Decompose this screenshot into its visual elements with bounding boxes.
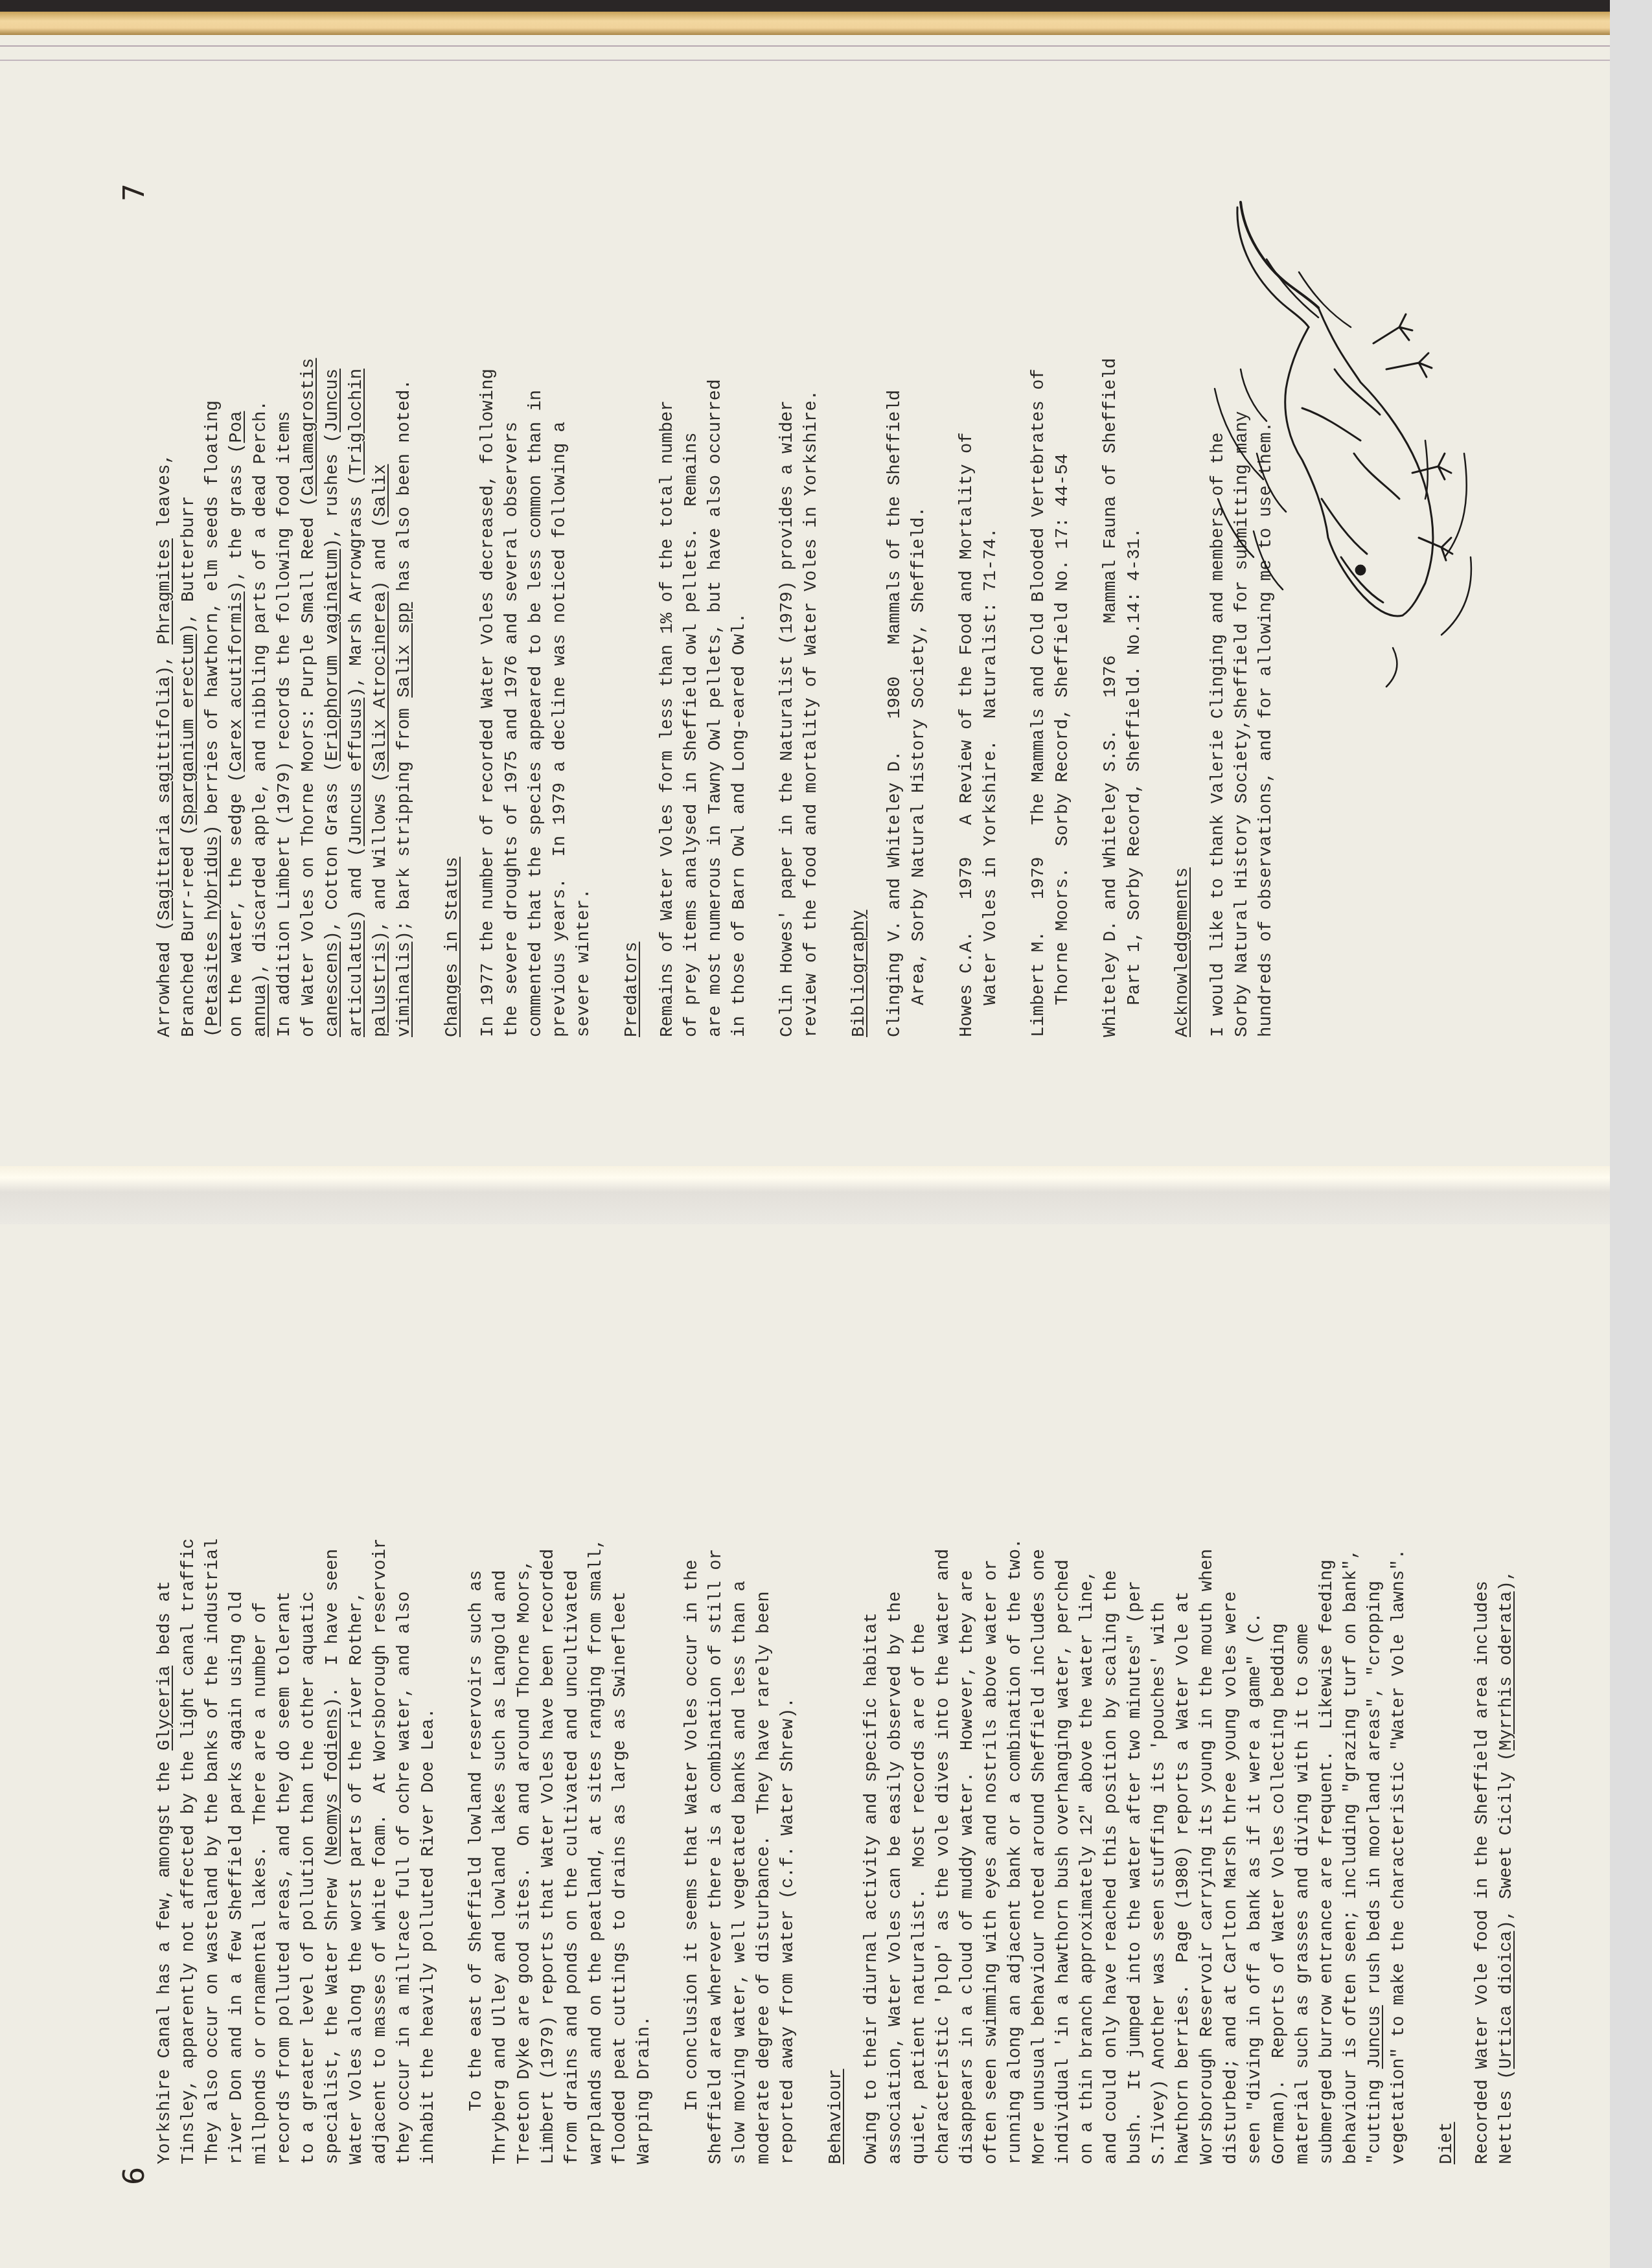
text-run: Thryberg and Ulley and lowland lakes suc… [490, 1570, 511, 2164]
text-line: reported away from water (c.f. Water Shr… [776, 1539, 800, 2164]
text-run: on the water, the sedge ( [227, 772, 247, 1037]
text-line: They also occur on wasteland by the bank… [201, 1539, 225, 2164]
text-run: ), [1497, 1570, 1517, 1592]
text-line: Remains of Water Voles form less than 1%… [656, 358, 680, 1037]
text-line: material such as grasses and diving with… [1291, 1539, 1315, 2164]
text-run: quiet, patient naturalist. Most records … [910, 1623, 930, 2164]
text-line: from drains and ponds on the cultivated … [560, 1539, 584, 2164]
text-run: ), Butterburr [179, 496, 199, 634]
text-line: submerged burrow entrance are frequent. … [1315, 1539, 1339, 2164]
text-run: Treeton Dyke are good sites. On and arou… [514, 1559, 534, 2164]
text-run: flooded peat cuttings to drains as large… [610, 1591, 630, 2164]
text-run: In conclusion it seems that Water Voles … [682, 1559, 702, 2164]
text-run: S.Tivey) Another was seen stuffing its '… [1149, 1602, 1169, 2164]
text-run: ) berries of hawthorn, elm seeds floatin… [203, 400, 223, 836]
text-run: Tinsley, apparently not affected by the … [179, 1539, 199, 2164]
text-line: behaviour is often seen; including "graz… [1339, 1539, 1363, 2164]
text-line: In addition Limbert (1979) records the f… [273, 358, 297, 1037]
text-run: Gorman). Reports of Water Voles collecti… [1269, 1623, 1289, 2164]
text-run: Owing to their diurnal activity and spec… [862, 1612, 882, 2164]
spacer [823, 358, 847, 1037]
text-run: often seen swimming with eyes and nostri… [981, 1559, 1002, 2164]
text-run: individual 'in a hawthorn bush overhangi… [1053, 1559, 1073, 2164]
bibliography-entry-cont: Area, Sorby Natural History Society, She… [907, 358, 931, 1037]
text-line: S.Tivey) Another was seen stuffing its '… [1147, 1539, 1171, 2164]
text-run: river Don and in a few Sheffield parks a… [227, 1591, 247, 2164]
species-name: Neomys fodiens [323, 1708, 343, 1857]
text-run: hawthorn berries. Page (1980) reports a … [1173, 1591, 1193, 2164]
text-run: bush. It jumped into the water after two… [1125, 1581, 1145, 2164]
text-line: disappears in a cloud of muddy water. Ho… [956, 1539, 980, 2164]
text-line: are most numerous in Tawny Owl pellets, … [704, 358, 728, 1037]
text-run: ), Cotton Grass ( [323, 761, 343, 941]
text-run: seen "diving in off a bank as if it were… [1245, 1612, 1265, 2164]
text-run: ); bark stripping from [395, 698, 415, 942]
text-run: submerged burrow entrance are frequent. … [1317, 1559, 1337, 2164]
text-run: leaves, [155, 453, 175, 538]
spacer [441, 1539, 465, 2164]
species-name: Juncus effusus [347, 698, 367, 846]
section-heading: Bibliography [849, 910, 869, 1037]
text-line: quiet, patient naturalist. Most records … [908, 1539, 932, 2164]
text-run: In addition Limbert (1979) records the f… [275, 411, 295, 1037]
text-line: Treeton Dyke are good sites. On and arou… [512, 1539, 536, 2164]
text-line: To the east of Sheffield lowland reservo… [465, 1539, 488, 2164]
text-line: Yorkshire Canal has a few, amongst the G… [153, 1539, 177, 2164]
text-line: Colin Howes' paper in the Naturalist (19… [775, 358, 799, 1037]
text-run: More unusual behaviour noted around Shef… [1029, 1549, 1050, 2164]
text-run: association, Water Voles can be easily o… [886, 1591, 906, 2164]
spacer [1075, 358, 1099, 1037]
text-line: Sheffield area wherever there is a combi… [704, 1539, 728, 2164]
text-line: Owing to their diurnal activity and spec… [860, 1539, 884, 2164]
text-run: warplands and on the peatland, at sites … [586, 1539, 606, 2164]
species-name: Juncus [323, 369, 343, 432]
text-run: ). I have seen [323, 1549, 343, 1708]
text-run: specialist, the Water Shrew ( [323, 1857, 343, 2164]
text-line: running along an adjacent bank or a comb… [1004, 1539, 1027, 2164]
spacer [1003, 358, 1027, 1037]
species-name: Phragmites [155, 538, 175, 645]
text-run: in those of Barn Owl and Long-eared Owl. [729, 613, 750, 1037]
species-name: Petasites hybridus [203, 836, 223, 1027]
text-line: review of the food and mortality of Wate… [799, 358, 823, 1037]
text-run: moderate degree of disturbance. They hav… [754, 1591, 774, 2164]
text-run: adjacent to masses of white foam. At Wor… [371, 1539, 391, 2164]
text-run: Water Voles along the worst parts of the… [347, 1591, 367, 2164]
species-name: Salix Atrocinerea [371, 591, 391, 772]
text-run: records from polluted areas, and they do… [275, 1591, 295, 2164]
spacer [596, 358, 620, 1037]
text-line: warplands and on the peatland, at sites … [584, 1539, 608, 2164]
text-run: they occur in a millrace full of ochre w… [395, 1591, 415, 2164]
text-line: vegetation" to make the characteristic "… [1387, 1539, 1411, 2164]
text-run: Warping Drain. [634, 2016, 654, 2164]
text-run: Branched Burr-reed ( [179, 825, 199, 1037]
species-name: annua [251, 984, 271, 1037]
spacer [848, 1539, 860, 2164]
text-line: association, Water Voles can be easily o… [884, 1539, 908, 2164]
text-run: has also been noted. [395, 379, 415, 602]
text-run: Yorkshire Canal has a few, amongst the [155, 1750, 175, 2164]
text-line: In 1977 the number of recorded Water Vol… [476, 358, 500, 1037]
text-run: In 1977 the number of recorded Water Vol… [478, 369, 498, 1037]
text-line: specialist, the Water Shrew (Neomys fodi… [321, 1539, 345, 2164]
species-name: Glyceria [155, 1666, 175, 1750]
text-line: of Water Voles on Thorne Moors: Purple S… [297, 358, 321, 1037]
text-line: Tinsley, apparently not affected by the … [177, 1539, 201, 2164]
text-run: ) and ( [347, 846, 367, 921]
text-run: disappears in a cloud of muddy water. Ho… [958, 1570, 978, 2164]
text-run: and could only have reached this positio… [1101, 1570, 1121, 2164]
text-line: commented that the species appeared to b… [524, 358, 548, 1037]
text-run: Colin Howes' paper in the Naturalist (19… [777, 400, 797, 1037]
text-line: moderate degree of disturbance. They hav… [752, 1539, 776, 2164]
text-run: Remains of Water Voles form less than 1%… [658, 400, 678, 1037]
species-name: Carex acutiformis [227, 591, 247, 772]
text-line: disturbed; and at Carlton Marsh three yo… [1219, 1539, 1243, 2164]
text-line: characteristic 'plop' as the vole dives … [932, 1539, 956, 2164]
spacer [644, 358, 656, 1037]
text-run: rush beds in moorland areas", "cropping [1365, 1581, 1385, 2005]
text-run: ), discarded apple, and nibbling parts o… [251, 400, 271, 984]
text-run: from drains and ponds on the cultivated … [562, 1570, 582, 2164]
text-run: Sheffield area wherever there is a combi… [706, 1549, 726, 2164]
text-run: to a greater level of pollution than the… [299, 1591, 319, 2164]
text-run: review of the food and mortality of Wate… [801, 390, 821, 1037]
section-heading: Diet [1437, 2122, 1457, 2164]
text-line: on a thin branch approximately 12" above… [1075, 1539, 1099, 2164]
text-run: behaviour is often seen; including "graz… [1341, 1549, 1361, 2164]
text-line: on the water, the sedge (Carex acutiform… [225, 358, 249, 1037]
text-run: Limbert (1979) reports that Water Voles … [538, 1549, 558, 2164]
bibliography-entry-cont: Thorne Moors. Sorby Record, Sheffield No… [1051, 358, 1075, 1037]
text-run: severe winter. [574, 889, 594, 1037]
species-name: viminalis [395, 942, 415, 1037]
section-heading: Predators [622, 942, 642, 1037]
species-name: Salix [371, 464, 391, 517]
section-heading: Behaviour [826, 2069, 846, 2164]
text-line: canescens), Cotton Grass (Eriophorum vag… [321, 358, 345, 1037]
species-name: Triglochin [347, 369, 367, 475]
bibliography-entry: Whiteley D. and Whiteley S.S. 1976 Mamma… [1099, 358, 1123, 1037]
text-run: of Water Voles on Thorne Moors: Purple S… [299, 496, 319, 1037]
text-run: inhabit the heavily polluted River Doe L… [419, 1708, 439, 2164]
text-line: Arrowhead (Sagittaria sagittifolia), Phr… [153, 358, 177, 1037]
text-run: They also occur on wasteland by the bank… [203, 1539, 223, 2164]
text-run: ), [155, 645, 175, 676]
section-heading: Changes in Status [442, 857, 463, 1037]
text-line: Gorman). Reports of Water Voles collecti… [1267, 1539, 1291, 2164]
text-line: severe winter. [572, 358, 596, 1037]
text-line: "cutting Juncus rush beds in moorland ar… [1363, 1539, 1387, 2164]
text-run: material such as grasses and diving with… [1293, 1623, 1313, 2164]
spacer [1459, 1539, 1471, 2164]
text-run: Nettles ( [1497, 2069, 1517, 2164]
text-run: are most numerous in Tawny Owl pellets, … [706, 379, 726, 1037]
water-vole-illustration [1205, 194, 1516, 881]
text-line: and could only have reached this positio… [1099, 1539, 1123, 2164]
text-line: slow moving water, well vegetated banks … [728, 1539, 752, 2164]
species-name: Salix spp [395, 602, 415, 697]
species-name: Calamagrostis [299, 358, 319, 496]
text-line: articulatus) and (Juncus effusus), Marsh… [345, 358, 369, 1037]
text-line: hawthorn berries. Page (1980) reports a … [1171, 1539, 1195, 2164]
text-line: annua), discarded apple, and nibbling pa… [249, 358, 273, 1037]
bibliography-entry: Limbert M. 1979 The Mammals and Cold Blo… [1027, 358, 1051, 1037]
text-line: river Don and in a few Sheffield parks a… [225, 1539, 249, 2164]
bibliography-entry: Howes C.A. 1979 A Review of the Food and… [955, 358, 979, 1037]
text-run: of prey items analysed in Sheffield owl … [682, 432, 702, 1037]
text-run: commented that the species appeared to b… [526, 390, 546, 1037]
text-line: to a greater level of pollution than the… [297, 1539, 321, 2164]
species-name: articulatus [347, 921, 367, 1037]
text-line: individual 'in a hawthorn bush overhangi… [1051, 1539, 1075, 2164]
page-number-right: 7 [118, 183, 151, 201]
text-line: Warping Drain. [632, 1539, 656, 2164]
text-line: Worsborough Reservoir carrying its young… [1195, 1539, 1219, 2164]
text-run: ( [203, 1027, 223, 1037]
text-line: often seen swimming with eyes and nostri… [980, 1539, 1004, 2164]
text-line: bush. It jumped into the water after two… [1123, 1539, 1147, 2164]
text-line: (Petasites hybridus) berries of hawthorn… [201, 358, 225, 1037]
spacer [656, 1539, 680, 2164]
bibliography-entry: Clinging V. and Whiteley D. 1980 Mammals… [883, 358, 907, 1037]
spacer [465, 358, 476, 1037]
text-run: To the east of Sheffield lowland reservo… [466, 1570, 487, 2164]
text-line: the severe droughts of 1975 and 1976 and… [500, 358, 524, 1037]
text-line: palustris), and Willows (Salix Atrociner… [369, 358, 393, 1037]
species-name: Poa [227, 411, 247, 442]
section-heading: Acknowledgements [1173, 867, 1193, 1037]
text-run: millponds or ornamental lakes. There are… [251, 1602, 271, 2164]
text-line: of prey items analysed in Sheffield owl … [680, 358, 704, 1037]
text-run: reported away from water (c.f. Water Shr… [778, 1697, 798, 2164]
text-run: ), rushes ( [323, 432, 343, 549]
page-left-body: Yorkshire Canal has a few, amongst the G… [153, 1539, 1519, 2164]
text-run: ), and Willows ( [371, 772, 391, 941]
text-run: ), Marsh Arrowgrass ( [347, 475, 367, 698]
spacer [1411, 1539, 1435, 2164]
text-run: "cutting [1365, 2069, 1385, 2164]
text-run: on a thin branch approximately 12" above… [1077, 1570, 1097, 2164]
text-line: Nettles (Urtica dioica), Sweet Cicily (M… [1495, 1539, 1519, 2164]
text-line: Thryberg and Ulley and lowland lakes suc… [488, 1539, 512, 2164]
page-number-left: 6 [118, 2167, 151, 2185]
species-name: Urtica dioica [1497, 1931, 1517, 2069]
species-name: palustris [371, 942, 391, 1037]
text-run: ), the grass ( [227, 443, 247, 591]
text-line: in those of Barn Owl and Long-eared Owl. [728, 358, 751, 1037]
text-line: they occur in a millrace full of ochre w… [393, 1539, 417, 2164]
text-run: running along an adjacent bank or a comb… [1005, 1539, 1026, 2164]
text-run: ) and ( [371, 517, 391, 591]
text-line: More unusual behaviour noted around Shef… [1027, 1539, 1051, 2164]
page-right-body: Arrowhead (Sagittaria sagittifolia), Phr… [153, 358, 1278, 1037]
bibliography-entry-cont: Part 1, Sorby Record, Sheffield. No.14: … [1123, 358, 1147, 1037]
species-name: Juncus [1365, 2005, 1385, 2068]
text-run: the severe droughts of 1975 and 1976 and… [502, 422, 522, 1037]
text-line: seen "diving in off a bank as if it were… [1243, 1539, 1267, 2164]
species-name: Eriophorum vaginatum [323, 549, 343, 761]
spacer [931, 358, 955, 1037]
spacer [751, 358, 775, 1037]
text-line: records from polluted areas, and they do… [273, 1539, 297, 2164]
bibliography-entry-cont: Water Voles in Yorkshire. Naturalist: 71… [979, 358, 1003, 1037]
text-run: Worsborough Reservoir carrying its young… [1197, 1549, 1217, 2164]
text-line: inhabit the heavily polluted River Doe L… [417, 1539, 441, 2164]
text-line: previous years. In 1979 a decline was no… [548, 358, 572, 1037]
spacer [800, 1539, 824, 2164]
text-run: previous years. In 1979 a decline was no… [550, 422, 570, 1037]
species-name: Myrrhis oderata [1497, 1591, 1517, 1750]
spacer [871, 358, 883, 1037]
text-line: flooded peat cuttings to drains as large… [608, 1539, 632, 2164]
text-line: Branched Burr-reed (Sparganium erectum),… [177, 358, 201, 1037]
spacer [1147, 358, 1171, 1037]
text-run: ), Sweet Cicily ( [1497, 1750, 1517, 1930]
text-line: viminalis); bark stripping from Salix sp… [393, 358, 417, 1037]
text-line: Water Voles along the worst parts of the… [345, 1539, 369, 2164]
species-name: Sparganium erectum [179, 634, 199, 825]
text-line: millponds or ornamental lakes. There are… [249, 1539, 273, 2164]
spacer [417, 358, 441, 1037]
text-line: Limbert (1979) reports that Water Voles … [536, 1539, 560, 2164]
text-run: beds at [155, 1581, 175, 1666]
text-run: Arrowhead ( [155, 921, 175, 1037]
text-run: vegetation" to make the characteristic "… [1389, 1549, 1409, 2164]
text-run: disturbed; and at Carlton Marsh three yo… [1221, 1591, 1241, 2164]
text-run: Recorded Water Vole food in the Sheffiel… [1473, 1581, 1493, 2164]
text-run: slow moving water, well vegetated banks … [730, 1581, 750, 2164]
species-name: canescens [323, 942, 343, 1037]
species-name: Sagittaria sagittifolia [155, 676, 175, 921]
text-line: adjacent to masses of white foam. At Wor… [369, 1539, 393, 2164]
text-line: In conclusion it seems that Water Voles … [680, 1539, 704, 2164]
text-run: characteristic 'plop' as the vole dives … [934, 1549, 954, 2164]
text-line: Recorded Water Vole food in the Sheffiel… [1471, 1539, 1495, 2164]
